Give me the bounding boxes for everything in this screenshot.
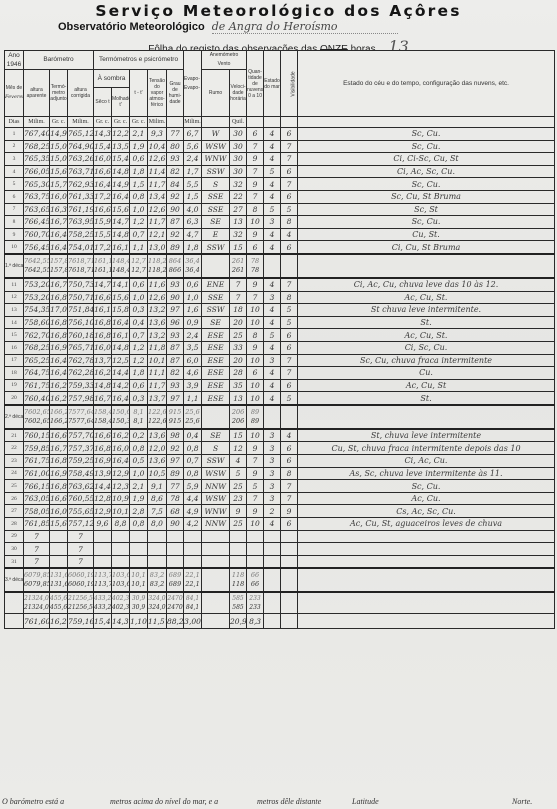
day-number: 16	[5, 341, 24, 354]
cell-molh: 16,2	[112, 429, 130, 442]
cell-alt-ap: 7	[24, 555, 50, 568]
cell-molh: 15,4	[112, 153, 130, 166]
cell-vel: 23	[230, 492, 247, 505]
cell-evap	[184, 530, 202, 543]
summary-value	[264, 568, 281, 592]
table-row: 13754,3517,0751,8416,115,80,313,2971,6SS…	[5, 304, 555, 317]
cell-rumo: SE	[202, 429, 230, 442]
cell-vel: 30	[230, 128, 247, 141]
cell-rumo: NNW	[202, 518, 230, 531]
cell-molh: 15,8	[112, 304, 130, 317]
cell-molh: 14,8	[112, 228, 130, 241]
cell-rumo: WSW	[202, 492, 230, 505]
cell-tensao: 10,1	[148, 354, 167, 367]
cell-term: 16,4	[50, 354, 68, 367]
table-row: 15762,7016,8760,1816,816,10,713,2932,4ES…	[5, 329, 555, 342]
day-number: 23	[5, 455, 24, 468]
cell-diff: 0,4	[130, 316, 148, 329]
cell-tensao: 11,7	[148, 379, 167, 392]
summary-label	[5, 614, 24, 629]
unit-cell	[167, 117, 184, 128]
summary-value: 206206	[230, 405, 247, 429]
cell-seco: 15,9	[94, 216, 112, 229]
cell-seco: 16,2	[94, 367, 112, 380]
cell-rumo	[202, 555, 230, 568]
cell-neb: 9	[247, 153, 264, 166]
cell-vel: 12	[230, 442, 247, 455]
cell-neb: 6	[247, 128, 264, 141]
summary-value: 3,00	[184, 614, 202, 629]
cell-tensao: 13,7	[148, 392, 167, 405]
day-number: 28	[5, 518, 24, 531]
cell-tensao: 11,7	[148, 178, 167, 191]
cell-vis: 9	[281, 505, 298, 518]
summary-value	[202, 592, 230, 614]
cell-vis: 8	[281, 467, 298, 480]
cell-evap: 4,2	[184, 518, 202, 531]
sky-observation: St chuva leve intermitente.	[298, 304, 555, 317]
cell-alt-ap: 762,70	[24, 329, 50, 342]
summary-value: 6060,196060,19	[68, 568, 94, 592]
unit-cell: Gr. c.	[130, 117, 148, 128]
cell-mar: 4	[264, 304, 281, 317]
cell-molh: 14,8	[112, 165, 130, 178]
sky-observation: Ci, Ci-Sc, Cu, St	[298, 153, 555, 166]
cell-rumo: W	[202, 128, 230, 141]
cell-vis: 6	[281, 165, 298, 178]
summary-row: 21324,0521324,05455,6455,621256,5421256,…	[5, 592, 555, 614]
table-row: 26763,0516,6760,5512,810,91,98,6784,4WSW…	[5, 492, 555, 505]
cell-molh: 10,9	[112, 492, 130, 505]
cell-mar: 3	[264, 455, 281, 468]
cell-molh: 16,0	[112, 442, 130, 455]
cell-rumo: SSW	[202, 455, 230, 468]
cell-neb: 6	[247, 241, 264, 254]
cell-evap: 4,9	[184, 505, 202, 518]
sky-observation: Cu, St.	[298, 228, 555, 241]
table-row: 2768,2515,0764,9015,413,51,910,4805,6WSW…	[5, 140, 555, 153]
cell-neb: 7	[247, 492, 264, 505]
wind-direction-header: Rumo	[202, 70, 230, 117]
summary-value: 7878	[247, 254, 264, 278]
cell-alt-ap: 768,25	[24, 140, 50, 153]
cloud-amount-header: Quan- tidade de nuvens 0 a 10	[247, 51, 264, 117]
cell-hum	[167, 555, 184, 568]
summary-value: 324,0324,0	[148, 592, 167, 614]
cell-mar: 3	[264, 480, 281, 493]
summary-value: 21324,0521324,05	[24, 592, 50, 614]
cell-hum: 68	[167, 505, 184, 518]
summary-value: 166,2166,2	[50, 405, 68, 429]
cell-mar: 5	[264, 203, 281, 216]
sky-observation: Ac, Cu, St.	[298, 329, 555, 342]
cell-seco: 16,6	[94, 165, 112, 178]
cell-alt-cor: 757,70	[68, 429, 94, 442]
cell-diff: 1,2	[130, 341, 148, 354]
cell-hum: 93	[167, 329, 184, 342]
cell-vis: 7	[281, 140, 298, 153]
cell-seco: 16,7	[94, 392, 112, 405]
cell-vis: 5	[281, 203, 298, 216]
cell-hum: 89	[167, 241, 184, 254]
cell-molh: 16,1	[112, 329, 130, 342]
cell-mar: 3	[264, 354, 281, 367]
sky-observation: Sc, Cu.	[298, 480, 555, 493]
sky-observation	[298, 530, 555, 543]
sky-observation: Ci, Ac, Sc, Cu.	[298, 165, 555, 178]
summary-value: 8,3	[247, 614, 264, 629]
cell-alt-cor: 763,95	[68, 216, 94, 229]
cell-rumo: S	[202, 178, 230, 191]
cell-seco: 15,4	[94, 140, 112, 153]
day-number: 14	[5, 316, 24, 329]
cell-diff: 0,7	[130, 329, 148, 342]
cell-rumo: ESE	[202, 341, 230, 354]
cell-molh: 12,3	[112, 480, 130, 493]
cell-hum: 93	[167, 153, 184, 166]
visibility-header: Visibilidade	[281, 51, 298, 117]
cell-molh: 16,4	[112, 455, 130, 468]
summary-observation	[298, 254, 555, 278]
cell-diff	[130, 555, 148, 568]
observatory-label: Observatório Meteorológico	[58, 21, 205, 33]
shade-header: À sombra	[94, 70, 130, 88]
cell-evap: 2,4	[184, 153, 202, 166]
cell-diff	[130, 543, 148, 556]
cell-vis: 6	[281, 241, 298, 254]
summary-value: 915915	[167, 405, 184, 429]
cell-seco: 14,7	[94, 278, 112, 291]
table-row: 25766,1516,8763,6214,412,32,19,1775,9NNW…	[5, 480, 555, 493]
day-number: 2	[5, 140, 24, 153]
cell-term: 16,6	[50, 429, 68, 442]
cell-term: 16,8	[50, 329, 68, 342]
cell-tensao: 9,3	[148, 128, 167, 141]
cell-diff: 1,8	[130, 165, 148, 178]
day-number: 21	[5, 429, 24, 442]
summary-value: 402,3402,3	[112, 592, 130, 614]
cell-tensao: 13,6	[148, 455, 167, 468]
unit-cell: Gr. c.	[94, 117, 112, 128]
cell-vis: 8	[281, 291, 298, 304]
summary-value: 7642,557642,55	[24, 254, 50, 278]
cell-vel: 25	[230, 329, 247, 342]
cell-diff: 0,7	[130, 228, 148, 241]
cell-tensao: 13,6	[148, 316, 167, 329]
cell-tensao: 8,6	[148, 492, 167, 505]
cell-alt-ap: 768,25	[24, 341, 50, 354]
table-row: 3765,3515,0763,2616,015,40,612,6932,4WNW…	[5, 153, 555, 166]
cell-tensao: 12,6	[148, 203, 167, 216]
table-row: 8766,4516,7763,9515,914,71,211,7876,3SE1…	[5, 216, 555, 229]
cell-alt-cor: 758,49	[68, 467, 94, 480]
cell-tensao: 11,6	[148, 278, 167, 291]
cell-alt-cor: 763,26	[68, 153, 94, 166]
cell-evap: 0,8	[184, 442, 202, 455]
cell-alt-cor: 764,90	[68, 140, 94, 153]
cell-term: 15,0	[50, 153, 68, 166]
cell-term: 15,6	[50, 518, 68, 531]
footer-barometer: O barómetro está a	[2, 797, 64, 806]
cell-molh: 14,4	[112, 367, 130, 380]
cell-seco: 16,6	[94, 291, 112, 304]
summary-value	[202, 614, 230, 629]
cell-vel: 18	[230, 304, 247, 317]
cell-vis: 7	[281, 153, 298, 166]
cell-vel: 13	[230, 216, 247, 229]
cell-molh: 12,9	[112, 467, 130, 480]
cell-term: 16,9	[50, 467, 68, 480]
cell-alt-ap: 764,75	[24, 367, 50, 380]
cell-diff: 2,8	[130, 505, 148, 518]
cell-molh: 8,8	[112, 518, 130, 531]
cell-tensao	[148, 530, 167, 543]
cell-alt-ap: 758,60	[24, 316, 50, 329]
table-row: 23761,7516,8759,2516,916,40,513,6970,7SS…	[5, 455, 555, 468]
cell-seco	[94, 543, 112, 556]
cell-vel	[230, 555, 247, 568]
cell-evap	[184, 555, 202, 568]
sky-observation: Ac, Cu.	[298, 492, 555, 505]
summary-value: 11,57	[148, 614, 167, 629]
cell-alt-cor: 756,10	[68, 316, 94, 329]
footer-distance: metros dêle distante	[257, 797, 321, 806]
cell-evap: 3,5	[184, 341, 202, 354]
cell-evap: 1,0	[184, 291, 202, 304]
cell-molh: 16,1	[112, 241, 130, 254]
summary-value: 14,37	[112, 614, 130, 629]
cell-neb: 5	[247, 480, 264, 493]
sky-observation: Ac, Cu, St.	[298, 291, 555, 304]
cell-diff: 1,9	[130, 140, 148, 153]
summary-value	[264, 254, 281, 278]
table-row: 27758,0516,0755,6512,910,12,87,5684,9WNW…	[5, 505, 555, 518]
cell-seco: 12,8	[94, 492, 112, 505]
cell-molh: 12,2	[112, 128, 130, 141]
cell-mar: 3	[264, 442, 281, 455]
day-number: 15	[5, 329, 24, 342]
cell-rumo	[202, 543, 230, 556]
cell-rumo: SSE	[202, 203, 230, 216]
sky-observation	[298, 543, 555, 556]
cell-alt-cor: 759,33	[68, 379, 94, 392]
cell-hum	[167, 543, 184, 556]
cell-hum: 90	[167, 518, 184, 531]
cell-term: 16,9	[50, 341, 68, 354]
cell-term: 16,3	[50, 203, 68, 216]
cell-vis: 4	[281, 429, 298, 442]
cell-evap: 5,6	[184, 140, 202, 153]
sky-observation: Sc, Cu.	[298, 216, 555, 229]
cell-vis: 7	[281, 367, 298, 380]
cell-diff: 0,6	[130, 379, 148, 392]
cell-molh: 10,1	[112, 505, 130, 518]
cell-vel: 20	[230, 316, 247, 329]
cell-evap: 1,7	[184, 165, 202, 178]
summary-value: 122,6122,6	[148, 405, 167, 429]
table-row: 5765,3015,7762,9316,414,91,511,7845,5S32…	[5, 178, 555, 191]
cell-vis: 5	[281, 316, 298, 329]
summary-value: 118118	[230, 568, 247, 592]
cell-diff: 0,8	[130, 190, 148, 203]
cell-tensao: 10,4	[148, 140, 167, 153]
cell-hum: 87	[167, 341, 184, 354]
cell-vis: 4	[281, 228, 298, 241]
cell-hum: 92	[167, 228, 184, 241]
cell-evap: 4,7	[184, 228, 202, 241]
cell-neb: 9	[247, 505, 264, 518]
summary-value: 7602,657602,65	[24, 405, 50, 429]
cell-evap: 4,4	[184, 492, 202, 505]
day-number: 3	[5, 153, 24, 166]
cell-mar: 4	[264, 341, 281, 354]
sea-state-header: Estado do mar	[264, 51, 281, 117]
summary-value: 84,184,1	[184, 592, 202, 614]
t-diff-header: t - t'	[130, 70, 148, 117]
cell-seco: 16,0	[94, 341, 112, 354]
cell-term: 16,4	[50, 228, 68, 241]
cell-term: 16,6	[50, 492, 68, 505]
cell-molh: 16,4	[112, 190, 130, 203]
table-row: 16768,2516,9765,7116,014,81,211,8873,5ES…	[5, 341, 555, 354]
day-number: 22	[5, 442, 24, 455]
cell-term	[50, 530, 68, 543]
cell-diff: 0,8	[130, 442, 148, 455]
day-number: 1	[5, 128, 24, 141]
summary-value	[202, 568, 230, 592]
cell-rumo: SSW	[202, 241, 230, 254]
cell-diff: 0,6	[130, 153, 148, 166]
table-row: 3177	[5, 555, 555, 568]
cell-alt-cor: 765,12	[68, 128, 94, 141]
table-row: 21760,1516,6757,7016,616,20,213,6980,4SE…	[5, 429, 555, 442]
day-number: 9	[5, 228, 24, 241]
cell-mar: 4	[264, 228, 281, 241]
footer-above-sea: metros acima do nível do mar, e a	[110, 797, 218, 806]
cell-molh: 14,2	[112, 379, 130, 392]
cell-alt-cor: 763,71	[68, 165, 94, 178]
day-number: 27	[5, 505, 24, 518]
table-row: 6763,7516,0761,3317,216,40,813,4921,5SSE…	[5, 190, 555, 203]
cell-term: 16,7	[50, 216, 68, 229]
table-row: 24761,0016,9758,4913,912,91,010,5890,8WS…	[5, 467, 555, 480]
summary-label: 2.ª década	[5, 405, 24, 429]
cell-alt-cor: 754,01	[68, 241, 94, 254]
sky-observation: Ac, Cu, St	[298, 379, 555, 392]
day-number: 26	[5, 492, 24, 505]
cell-mar: 4	[264, 316, 281, 329]
summary-value: 10,110,1	[130, 568, 148, 592]
cell-vel: 32	[230, 178, 247, 191]
cell-rumo: ESE	[202, 367, 230, 380]
sky-observation: St.	[298, 316, 555, 329]
summary-value	[281, 592, 298, 614]
cell-rumo: SE	[202, 216, 230, 229]
cell-evap: 0,9	[184, 316, 202, 329]
table-row: 20760,4016,2757,9816,716,40,313,7971,1ES…	[5, 392, 555, 405]
cell-seco	[94, 555, 112, 568]
unit-cell: Quil.	[230, 117, 247, 128]
sky-observation: Ci, Ac, Cu.	[298, 455, 555, 468]
summary-value: 689689	[167, 568, 184, 592]
cell-rumo	[202, 530, 230, 543]
cell-alt-cor: 757,12	[68, 518, 94, 531]
cell-diff: 1,0	[130, 291, 148, 304]
cell-seco: 14,3	[94, 128, 112, 141]
cell-vel: 33	[230, 341, 247, 354]
cell-rumo: SSE	[202, 291, 230, 304]
cell-mar	[264, 543, 281, 556]
cell-neb: 7	[247, 165, 264, 178]
cell-alt-ap: 763,05	[24, 492, 50, 505]
observatory-name: de Angra do Heroísmo	[212, 20, 398, 34]
cell-rumo: ESE	[202, 379, 230, 392]
cell-rumo: SE	[202, 316, 230, 329]
cell-term: 16,8	[50, 480, 68, 493]
decade-summary-row: 1.ª década7642,557642,55157,8157,87618,7…	[5, 254, 555, 278]
cell-term	[50, 555, 68, 568]
cell-vel: 5	[230, 467, 247, 480]
cell-diff: 2,1	[130, 480, 148, 493]
cell-mar: 5	[264, 329, 281, 342]
sky-observation: Ci, Cu, St Bruma	[298, 241, 555, 254]
cell-hum: 90	[167, 291, 184, 304]
cell-neb: 7	[247, 455, 264, 468]
cell-neb: 10	[247, 216, 264, 229]
cell-seco: 12,9	[94, 505, 112, 518]
cell-seco: 17,2	[94, 241, 112, 254]
cell-vis: 7	[281, 278, 298, 291]
attached-thermometer-header: Termó- metro adjunto	[50, 70, 68, 117]
summary-value: 233233	[247, 592, 264, 614]
cell-hum: 80	[167, 140, 184, 153]
unit-cell: Milim.	[184, 117, 202, 128]
cell-vis	[281, 543, 298, 556]
cell-vis: 6	[281, 379, 298, 392]
cell-seco: 13,7	[94, 354, 112, 367]
cell-vel	[230, 530, 247, 543]
summary-value: 761,60	[24, 614, 50, 629]
cell-tensao: 8,0	[148, 518, 167, 531]
summary-value: 157,8157,8	[50, 254, 68, 278]
cell-alt-ap: 766,45	[24, 216, 50, 229]
cell-mar: 4	[264, 178, 281, 191]
cell-evap: 6,3	[184, 216, 202, 229]
cell-diff: 0,8	[130, 518, 148, 531]
cell-neb: 9	[247, 228, 264, 241]
cell-hum	[167, 530, 184, 543]
cell-term: 15,7	[50, 178, 68, 191]
cell-seco	[94, 530, 112, 543]
cell-seco: 16,8	[94, 316, 112, 329]
month-header: Mês deFevereiro	[5, 70, 24, 117]
cell-alt-cor: 755,65	[68, 505, 94, 518]
cell-tensao: 12,6	[148, 153, 167, 166]
cell-alt-ap: 761,00	[24, 467, 50, 480]
cell-neb: 10	[247, 379, 264, 392]
cell-vel: 13	[230, 392, 247, 405]
sky-observation: Sc, Cu, chuva fraca intermitente	[298, 354, 555, 367]
cell-hum: 87	[167, 354, 184, 367]
table-row: 17765,2516,4762,7813,712,51,210,1876,0ES…	[5, 354, 555, 367]
cell-evap: 6,0	[184, 354, 202, 367]
cell-diff: 0,5	[130, 455, 148, 468]
cell-seco: 16,0	[94, 153, 112, 166]
summary-value: 455,6455,6	[50, 592, 68, 614]
cell-alt-ap: 767,40	[24, 128, 50, 141]
wind-speed-header: Veloci- dade horária	[230, 70, 247, 117]
summary-value: 585585	[230, 592, 247, 614]
